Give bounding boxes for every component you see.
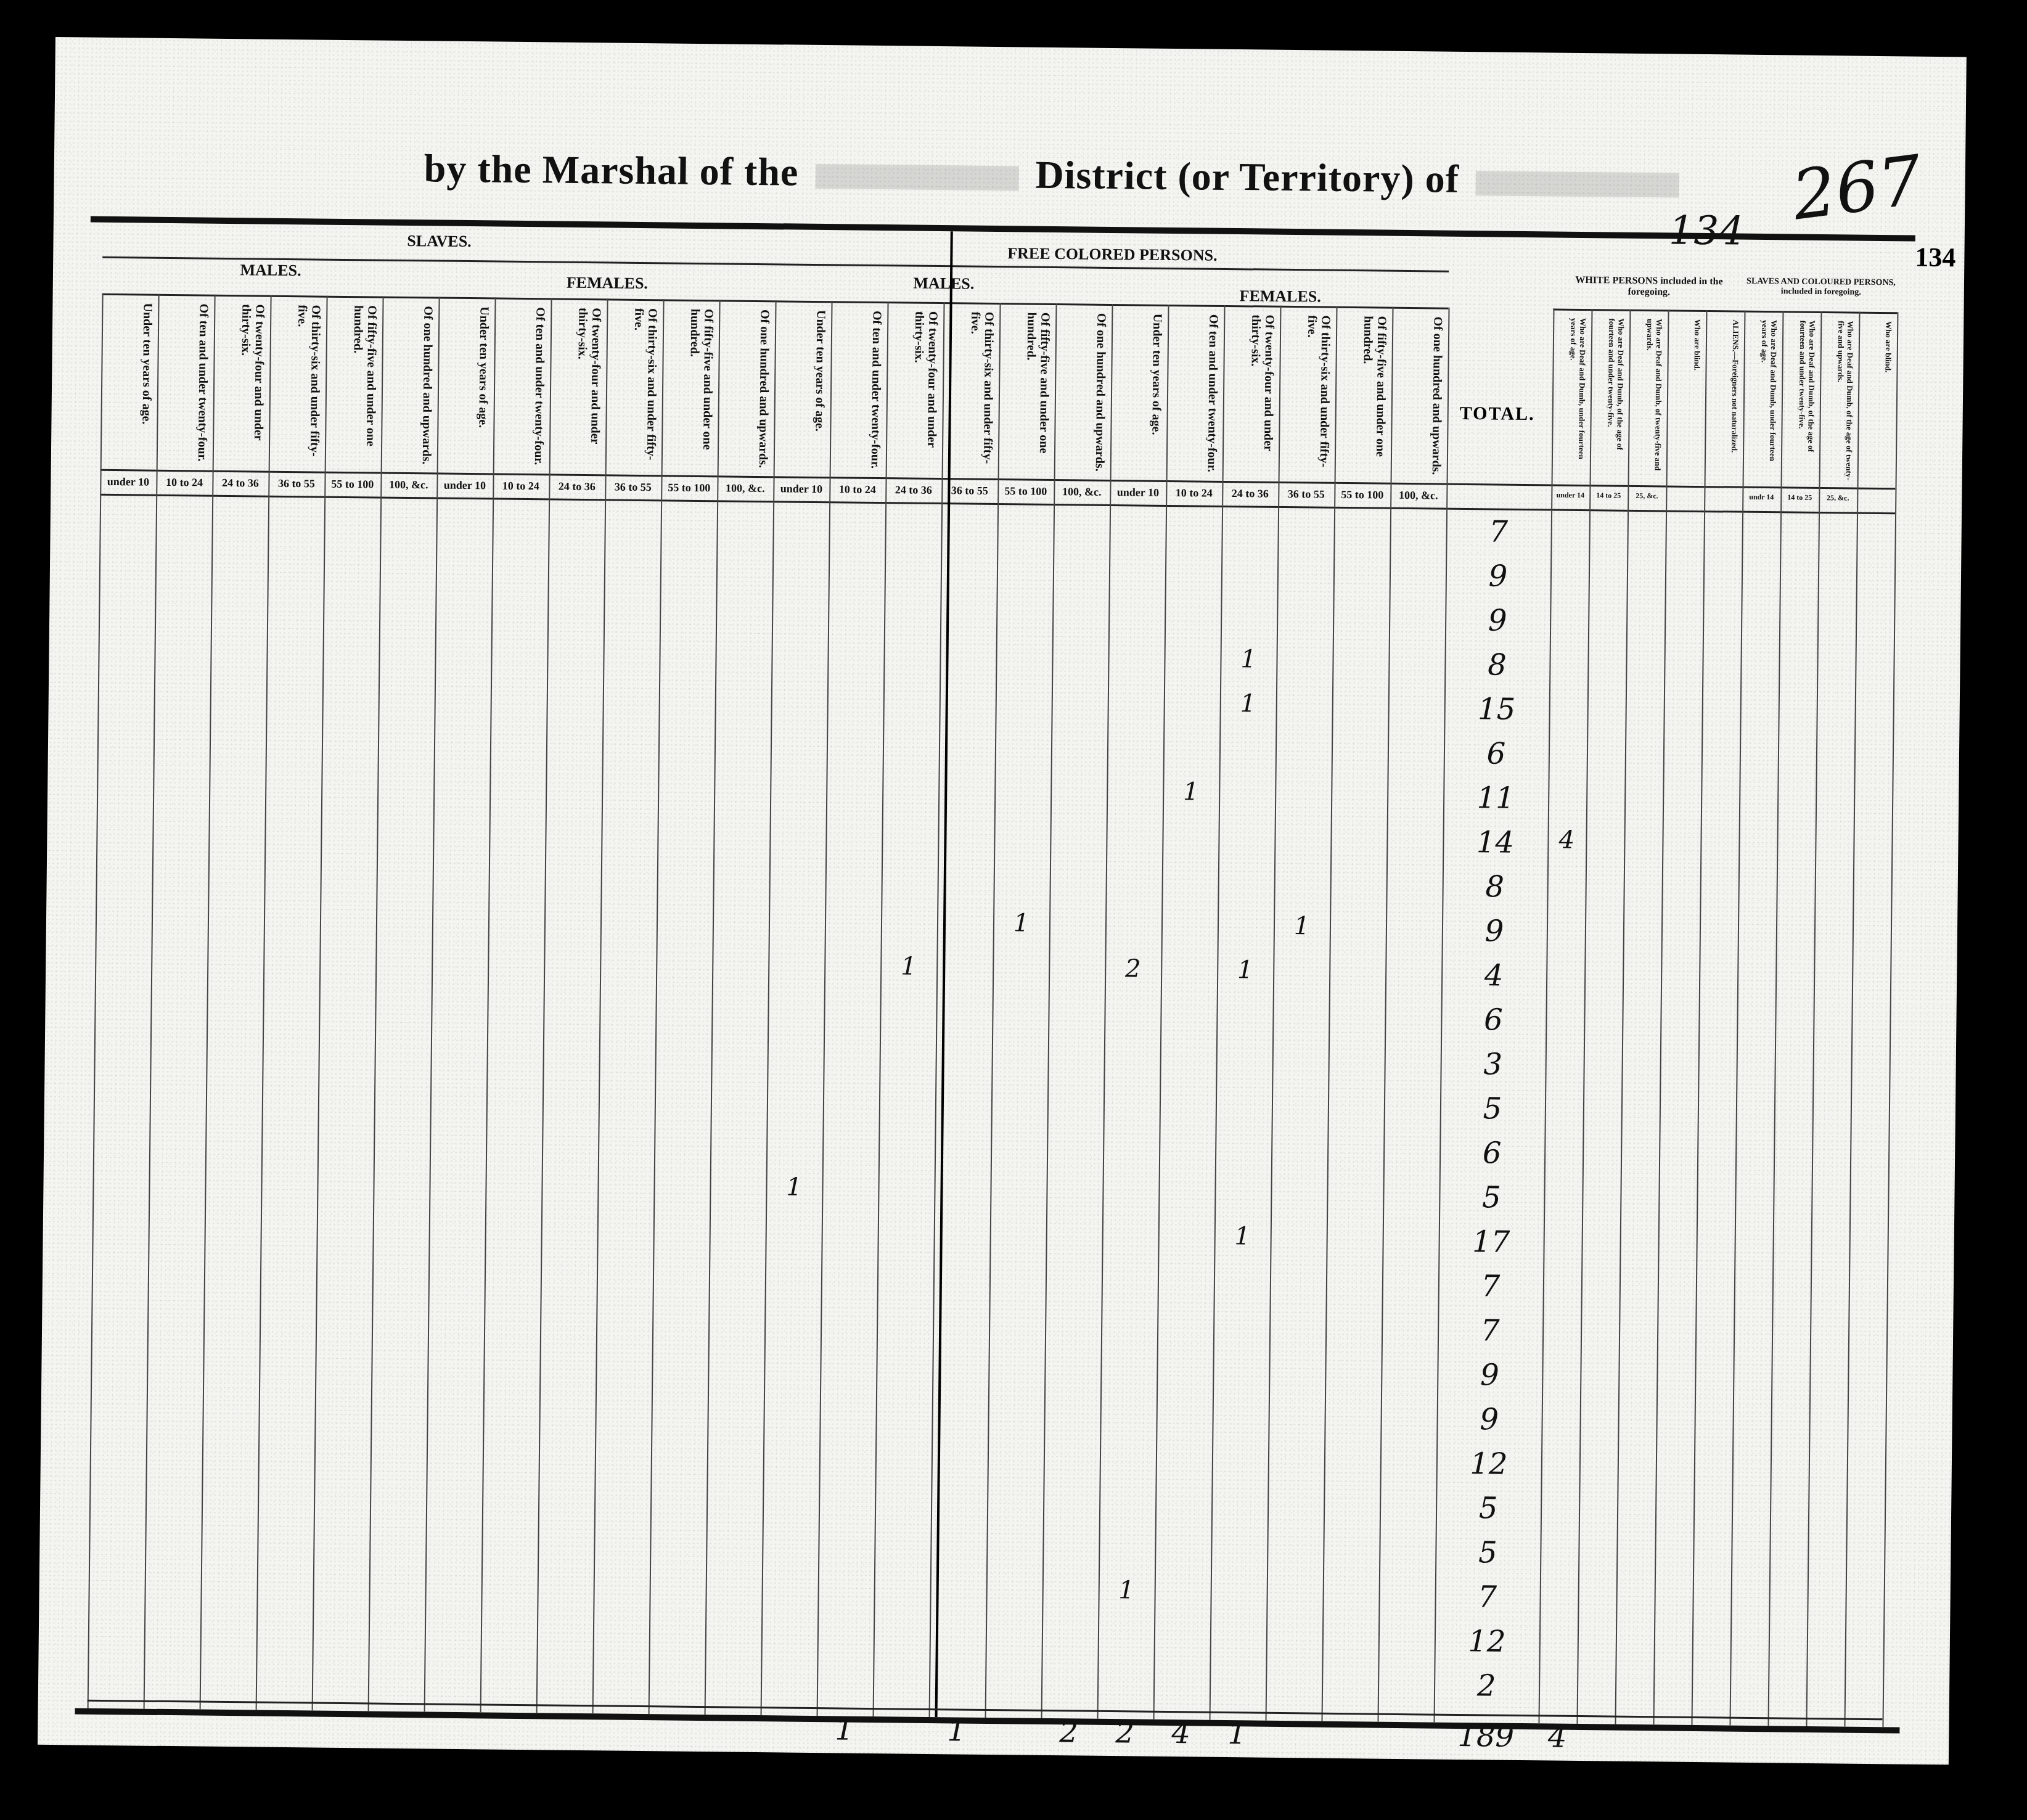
total-cell-fc_m_10: 1 [816,1712,873,1747]
column-divider [649,299,665,1714]
column-divider [1266,306,1282,1721]
column-header-fc_f_u10: Under ten years of age. [1116,313,1165,474]
age-label-w_dd_u14: under 14 [1551,490,1589,500]
column-divider [312,296,328,1711]
column-header-fc_f_100: Of one hundred and upwards. [1397,316,1445,477]
age-label-fc_f_u10: under 10 [1110,486,1166,499]
cell-total: 5 [1436,1491,1541,1527]
column-divider [1378,307,1394,1722]
age-label-s_f_24: 24 to 36 [549,480,605,493]
column-divider [1210,305,1226,1720]
column-divider [144,294,160,1709]
age-label-fc_f_24: 24 to 36 [1222,487,1278,501]
column-divider [817,301,833,1716]
cell-total: 15 [1444,692,1549,728]
cell-w_dd_u14: 4 [1547,826,1586,855]
column-header-w_dd_25: Who are Deaf and Dumb, of twenty-five an… [1634,319,1665,479]
age-label-s_f_u10: under 10 [436,479,493,493]
column-divider [1729,311,1745,1726]
column-divider [88,293,104,1708]
cell-fc_f_24: 1 [1214,1222,1270,1251]
age-label-c_dd_25: 25, &c. [1819,493,1857,503]
column-header-w_dd_u14: Who are Deaf and Dumb, under fourteen ye… [1558,318,1588,478]
total-cell-fc_m_100: 2 [1041,1715,1097,1750]
age-label-s_f_36: 36 to 55 [605,480,661,494]
column-divider [705,300,721,1715]
column-header-s_m_100: Of one hundred and upwards. [387,306,435,467]
column-header-fc_m_36: Of thirty-six and under fifty-five. [948,311,996,472]
cell-total: 7 [1438,1269,1544,1305]
handwritten-page-number: 267 [1788,141,1927,236]
column-divider [1767,311,1783,1726]
column-divider [985,303,1001,1718]
cell-total: 6 [1441,1002,1546,1038]
cell-total: 9 [1436,1402,1542,1438]
page-title: by the Marshal of the District (or Terri… [424,146,1685,204]
column-header-fc_f_36: Of thirty-six and under fifty-five. [1285,315,1333,476]
slaves-colored-label: SLAVES AND COLOURED PERSONS, included in… [1745,277,1898,298]
slaves-males-label: MALES. [102,260,439,282]
cell-total: 9 [1445,603,1550,639]
column-divider [368,297,384,1711]
age-label-fc_m_100: 100, &c. [1054,485,1110,499]
column-divider [1097,304,1113,1719]
age-label-s_m_u10: under 10 [100,475,156,489]
title-left: by the Marshal of the [424,146,798,194]
total-cell-total: 189 [1433,1719,1539,1755]
column-header-s_m_55: Of fifty-five and under one hundred. [331,305,379,466]
title-right: District (or Territory) of [1035,153,1459,201]
column-divider [1844,312,1860,1727]
column-divider [424,297,440,1712]
cell-fc_f_36: 1 [1274,912,1330,941]
cell-fc_f_u10: 2 [1105,954,1161,983]
district-blank [815,164,1018,191]
cell-fc_m_24: 1 [880,952,936,981]
column-header-c_dd_14: Who are Deaf and Dumb, of the age of fou… [1787,320,1817,480]
slaves-group-label: SLAVES. [102,229,776,254]
column-header-fc_m_u10: Under ten years of age. [780,309,828,470]
age-label-s_m_55: 55 to 100 [324,478,380,491]
column-divider [1653,309,1669,1724]
cell-total: 12 [1435,1624,1540,1660]
total-cell-fc_f_24: 1 [1209,1716,1266,1752]
column-header-fc_m_100: Of one hundred and upwards. [1060,313,1108,473]
column-divider [1882,312,1898,1727]
column-divider [536,298,552,1713]
total-cell-fc_f_10: 4 [1153,1716,1210,1751]
column-divider [1153,305,1169,1720]
column-divider [873,301,889,1716]
census-page: by the Marshal of the District (or Terri… [38,37,1967,1765]
column-header-s_m_10: Of ten and under twenty-four. [163,303,211,464]
column-header-s_f_55: Of fifty-five and under one hundred. [668,308,716,469]
total-header: TOTAL. [1460,403,1535,425]
territory-blank [1476,171,1679,197]
age-label-w_dd_25: 25, &c. [1628,491,1666,501]
cell-total: 4 [1441,958,1547,994]
column-header-c_dd_u14: Who are Deaf and Dumb, under fourteen ye… [1749,320,1779,480]
cell-total: 7 [1446,514,1551,550]
cell-fc_f_24: 1 [1220,689,1276,718]
age-label-s_m_100: 100, &c. [380,478,436,492]
cell-fc_f_10: 1 [1163,777,1219,806]
column-header-w_blind: Who are blind. [1673,319,1703,480]
age-label-fc_f_10: 10 to 24 [1166,486,1222,500]
age-label-fc_m_10: 10 to 24 [829,483,885,496]
cell-fc_f_24: 1 [1220,645,1276,674]
column-divider [480,297,496,1712]
cell-total: 8 [1442,869,1547,905]
age-label-w_dd_14: 14 to 25 [1589,491,1628,501]
column-header-c_blind: Who are blind. [1864,321,1894,482]
census-table: SLAVES.MALES.FEMALES.FREE COLORED PERSON… [75,216,1915,1734]
cell-total: 6 [1439,1136,1545,1171]
column-header-fc_f_55: Of fifty-five and under one hundred. [1341,316,1389,477]
printed-page-number: 134 [1915,242,1956,274]
age-label-fc_f_55: 55 to 100 [1334,488,1390,502]
column-header-s_f_10: Of ten and under twenty-four. [499,307,547,468]
age-label-fc_f_36: 36 to 55 [1278,488,1334,501]
cell-fc_m_u10: 1 [766,1173,822,1202]
cell-total: 7 [1435,1580,1540,1615]
age-label-s_m_24: 24 to 36 [212,477,268,490]
age-label-s_m_36: 36 to 55 [268,477,324,491]
column-divider [1576,309,1592,1724]
column-divider [592,298,608,1713]
cell-total: 5 [1435,1535,1541,1571]
age-label-c_dd_14: 14 to 25 [1780,493,1819,502]
column-divider [1806,311,1822,1726]
age-label-fc_m_24: 24 to 36 [885,483,941,497]
column-header-fc_f_24: Of twenty-four and under thirty-six. [1229,314,1277,475]
free-colored-group-label: FREE COLORED PERSONS. [776,242,1449,267]
total-cell-fc_f_u10: 2 [1097,1715,1153,1750]
cell-total: 7 [1438,1313,1543,1349]
column-header-s_f_100: Of one hundred and upwards. [724,309,772,470]
column-header-s_m_36: Of thirty-six and under fifty-five. [275,305,323,465]
column-divider [1041,303,1057,1718]
fc-males-label: MALES. [776,273,1112,295]
column-header-fc_f_10: Of ten and under twenty-four. [1173,314,1221,475]
column-header-s_f_36: Of thirty-six and under fifty-five. [612,308,660,469]
age-label-s_f_100: 100, &c. [717,482,773,495]
column-header-s_f_u10: Under ten years of age. [443,306,491,467]
cell-total: 12 [1436,1446,1542,1482]
cell-fc_f_u10: 1 [1098,1576,1154,1605]
cell-total: 9 [1442,914,1547,949]
age-label-s_f_55: 55 to 100 [661,481,717,494]
age-label-fc_f_100: 100, &c. [1390,489,1446,502]
cell-total: 5 [1439,1180,1544,1216]
cell-total: 6 [1444,736,1549,772]
column-header-w_aliens: ALIENS.—Foreigners not naturalized. [1711,319,1741,480]
column-header-fc_m_10: Of ten and under twenty-four. [836,310,884,471]
age-label-fc_m_u10: under 10 [773,482,829,496]
column-header-w_dd_14: Who are Deaf and Dumb, of the age of fou… [1596,318,1626,478]
cell-total: 3 [1440,1047,1546,1083]
column-divider [1691,310,1707,1725]
column-header-fc_m_24: Of twenty-four and under thirty-six. [892,311,940,472]
cell-total: 9 [1446,559,1551,594]
column-header-c_dd_25: Who are Deaf and Dumb, of the age of twe… [1825,321,1856,481]
column-header-s_m_u10: Under ten years of age. [107,303,155,464]
total-cell-w_dd_u14: 4 [1538,1720,1577,1755]
column-divider [256,295,272,1710]
white-persons-label: WHITE PERSONS included in the foregoing. [1554,274,1745,298]
column-header-s_m_24: Of twenty-four and under thirty-six. [219,304,267,465]
total-cell-fc_m_36: 1 [928,1713,985,1748]
column-divider [200,295,216,1710]
cell-total: 5 [1440,1091,1546,1127]
rule-line [1553,308,1897,314]
age-label-fc_m_55: 55 to 100 [997,485,1054,498]
age-label-c_dd_u14: undr 14 [1742,493,1780,502]
cell-total: 2 [1434,1668,1539,1704]
age-label-s_m_10: 10 to 24 [156,476,212,490]
cell-total: 17 [1438,1224,1544,1260]
cell-fc_m_55: 1 [993,909,1049,938]
column-divider [1615,309,1631,1724]
cell-total: 11 [1443,781,1549,816]
column-header-fc_m_55: Of fifty-five and under one hundred. [1004,312,1052,473]
cell-total: 14 [1443,825,1548,861]
column-divider [761,300,777,1715]
age-label-s_f_10: 10 to 24 [493,479,549,493]
cell-fc_f_24: 1 [1217,956,1273,985]
slaves-females-label: FEMALES. [439,273,776,295]
column-divider [1322,306,1338,1721]
cell-total: 8 [1444,647,1550,683]
cell-total: 9 [1437,1358,1542,1393]
column-header-s_f_24: Of twenty-four and under thirty-six. [555,308,604,469]
